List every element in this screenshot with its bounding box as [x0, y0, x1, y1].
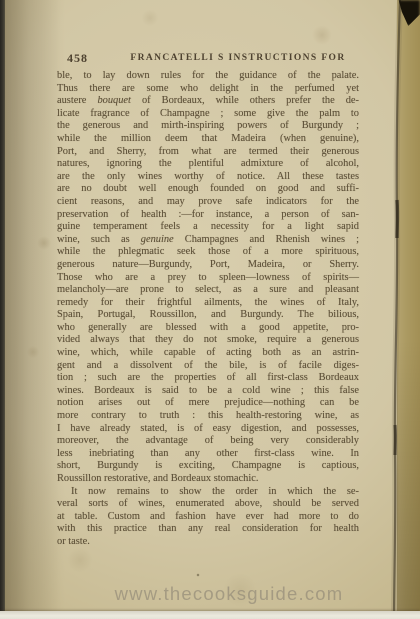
text-line: while the phlegmatic seek those of a mor…: [57, 246, 359, 259]
text-line: melancholy—are prone to select, as a sur…: [57, 284, 359, 297]
text-line: more contrary to truth : this health-res…: [57, 410, 359, 423]
running-title: FRANCATELLI S INSTRUCTIONS FOR: [117, 53, 359, 63]
text-line: wine, which, while capable of acting bot…: [57, 347, 359, 360]
text-line: Spain, Portugal, Roussillon, and Burgund…: [57, 309, 359, 322]
text-line: moreover, the advantage of being very co…: [57, 435, 359, 448]
text-line: wine, such as genuine Champagnes and Rhe…: [57, 234, 359, 247]
body-lines: ble, to lay down rules for the guidance …: [57, 70, 359, 549]
text-line: veral sorts of wines, enumerated above, …: [57, 498, 359, 511]
watermark-text: www.thecooksguide.com: [0, 583, 420, 605]
text-line: Those who are a prey to spleen—lowness o…: [57, 272, 359, 285]
text-line: with this practice than any real conside…: [57, 523, 359, 536]
text-line: cient reasons, and may prove safe indica…: [57, 196, 359, 209]
page-number: 458: [67, 51, 88, 66]
text-line: generous nature—Burgundy, Port, Madeira,…: [57, 259, 359, 272]
text-line: are no doubt well enough founded on good…: [57, 183, 359, 196]
text-line: at table. Custom and fashion have ever h…: [57, 511, 359, 524]
text-line: notion arises out of mere prejudice—noth…: [57, 397, 359, 410]
text-line: or taste.: [57, 536, 359, 549]
text-line: while the million deem that Madeira (whe…: [57, 133, 359, 146]
text-line: tion ; such are the properties of all fi…: [57, 372, 359, 385]
text-line: austere bouquet of Bordeaux, while other…: [57, 95, 359, 108]
text-line: I have already stated, is of easy digest…: [57, 423, 359, 436]
text-line: licate fragrance of Champagne ; some giv…: [57, 108, 359, 121]
text-line: who generally are blessed with a good ap…: [57, 322, 359, 335]
text-line: gent and a dissolvent of the bile, is of…: [57, 360, 359, 373]
text-line: preservation of health :—for instance, a…: [57, 209, 359, 222]
text-line: ble, to lay down rules for the guidance …: [57, 70, 359, 83]
scan-bottom-edge: [0, 611, 420, 619]
text-line: remedy for their frightful ailments, the…: [57, 297, 359, 310]
scanned-book-page: 458 FRANCATELLI S INSTRUCTIONS FOR ble, …: [0, 0, 420, 619]
text-line: natures, ignoring the plentiful admixtur…: [57, 158, 359, 171]
body-text: ble, to lay down rules for the guidance …: [57, 70, 359, 549]
text-line: short, Burgundy is exciting, Champagne i…: [57, 460, 359, 473]
text-line: less inebriating than any other first-cl…: [57, 448, 359, 461]
text-line: vided always that they do not smoke, req…: [57, 334, 359, 347]
text-line: Roussillon restorative, and Bordeaux sto…: [57, 473, 359, 486]
text-line: wines. Bordeaux is said to be a cold win…: [57, 385, 359, 398]
text-line: the generous and mirth-inspiring powers …: [57, 120, 359, 133]
text-line: Port, and Sherry, from what are termed t…: [57, 146, 359, 159]
text-line: guine temperament feels a necessity for …: [57, 221, 359, 234]
text-line: are the only wines worthy of notice. All…: [57, 171, 359, 184]
dark-edge-left: [0, 0, 5, 619]
text-line: Thus there are some who delight in the p…: [57, 83, 359, 96]
text-line: It now remains to show the order in whic…: [57, 486, 359, 499]
page-header: 458 FRANCATELLI S INSTRUCTIONS FOR: [57, 51, 359, 65]
